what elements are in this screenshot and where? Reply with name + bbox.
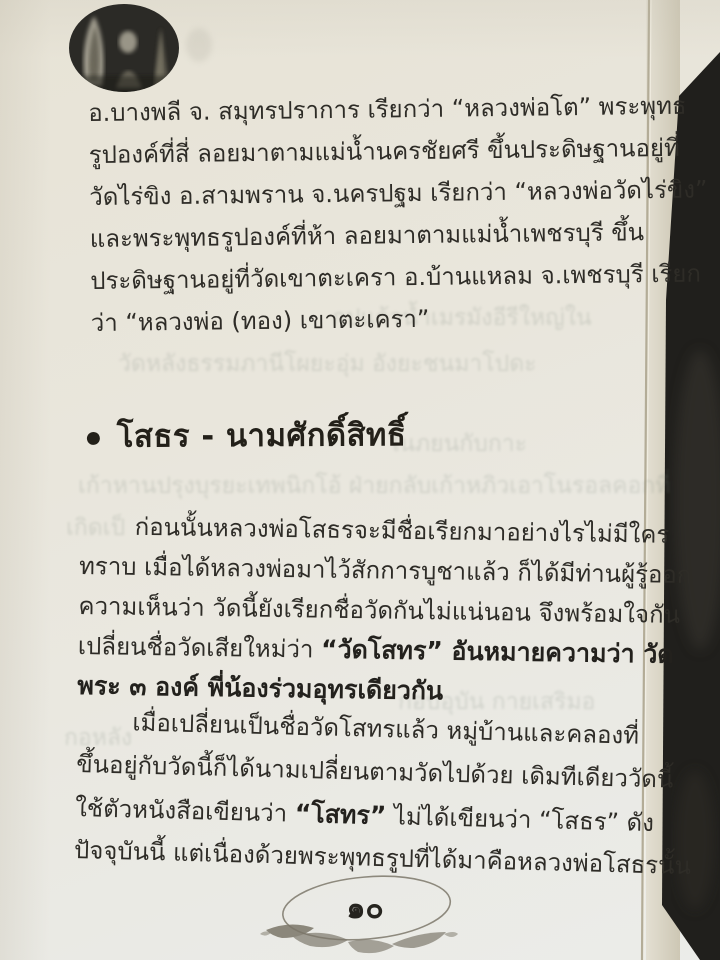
statue-center xyxy=(119,31,137,53)
paragraph-3: เมื่อเปลี่ยนเป็นชื่อวัดโสทรแล้ว หมู่บ้าน… xyxy=(73,700,611,886)
text-run: ไม่ได้เขียนว่า “โสธร” ดัง xyxy=(386,802,654,837)
text-run: ใช้ตัวหนังสือเขียนว่า xyxy=(75,794,295,828)
paper-smudge xyxy=(186,28,212,62)
paragraph-1: อ.บางพลี จ. สมุทรปราการ เรียกว่า “หลวงพ่… xyxy=(88,86,615,344)
page-number-ornament: ๑๐ xyxy=(252,868,482,960)
bullet-icon: ● xyxy=(86,429,101,446)
text-line: และพระพุทธรูปองค์ที่ห้า ลอยมาตามแม่น้ำเพ… xyxy=(90,212,614,260)
page-number: ๑๐ xyxy=(346,891,383,926)
text-line: ว่า “หลวงพ่อ (ทอง) เขาตะเครา” xyxy=(91,296,615,344)
bleedthrough-text: วัดหลังธรรมภานีโผยะอุ่ม อังยะชนมาโปดะ xyxy=(118,346,537,382)
text-run: เปลี่ยนชื่อวัดเสียใหม่ว่า xyxy=(78,632,322,664)
text-line: รูปองค์ที่สี่ ลอยมาตามแม่น้ำนครชัยศรี ขึ… xyxy=(89,128,613,176)
paragraph-2: ก่อนนั้นหลวงพ่อโสธรจะมีชื่อเรียกมาอย่างไ… xyxy=(77,506,612,714)
book-page-photo: กปแก้วน้ำเมรมังอีรีใหญ่ใน วัดหลังธรรมภาน… xyxy=(0,0,720,960)
text-line: วัดไร่ขิง อ.สามพราน จ.นครปฐม เรียกว่า “ห… xyxy=(89,170,613,218)
section-heading-text: โสธร - นามศักดิ์สิทธิ์ xyxy=(117,409,407,461)
text-line: ประดิษฐานอยู่ที่วัดเขาตะเครา อ.บ้านแหลม … xyxy=(90,254,614,302)
emphasized-text: “วัดโสทร” อันหมายความว่า วัด xyxy=(321,635,674,669)
emphasized-text: “โสทร” xyxy=(294,799,386,830)
bleedthrough-text: ในภยนกับกาะ xyxy=(388,426,527,462)
text-line: อ.บางพลี จ. สมุทรปราการ เรียกว่า “หลวงพ่… xyxy=(88,86,612,134)
section-heading: ● โสธร - นามศักดิ์สิทธิ์ xyxy=(86,409,407,461)
bleedthrough-text: เก้าหานปรุงบุรยะเทพนิกโอ้ ฝ่ายกลับเก้าหภ… xyxy=(78,468,670,504)
